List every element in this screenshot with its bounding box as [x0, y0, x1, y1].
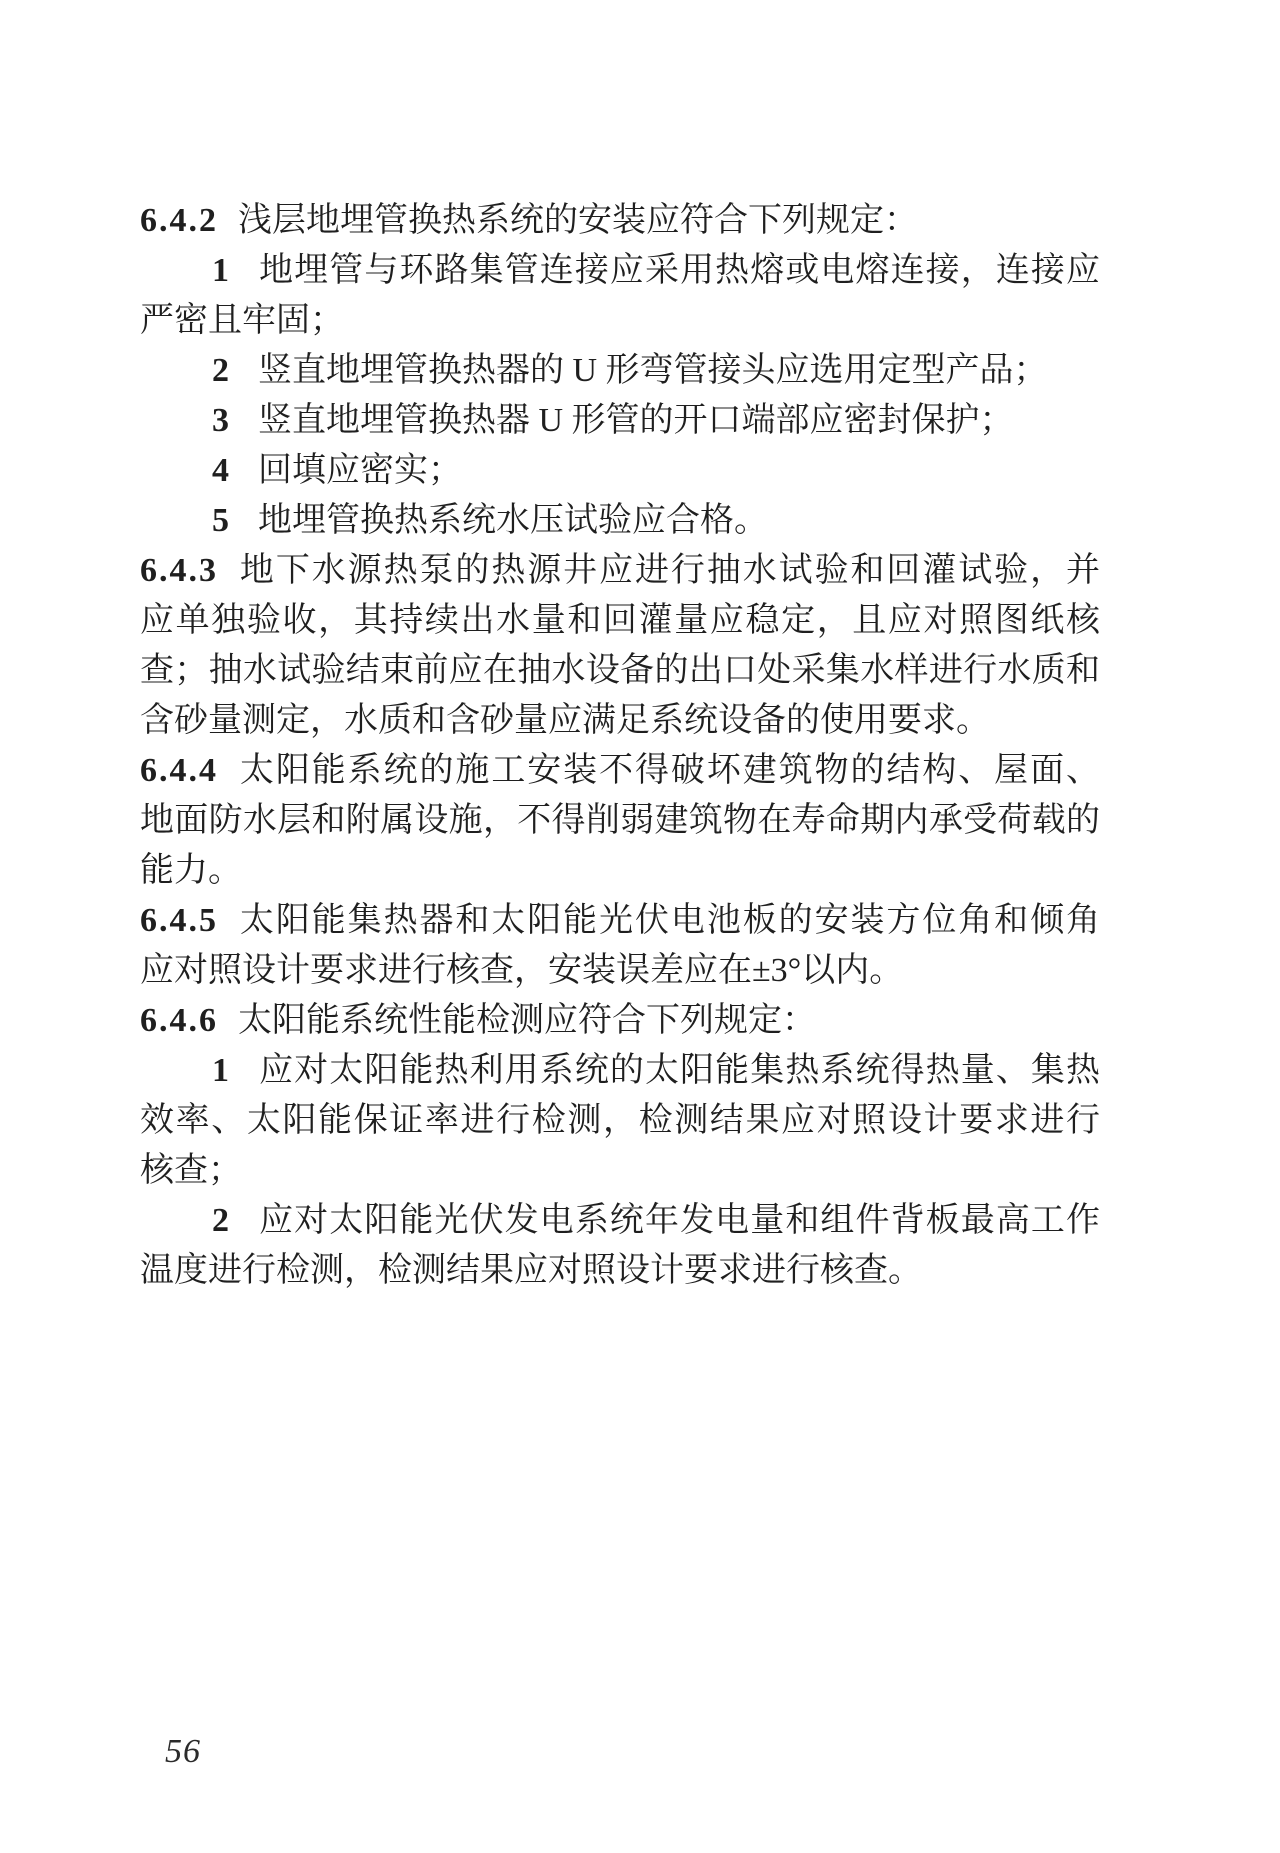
clause-number: 1: [212, 1052, 231, 1089]
line-text: 应对太阳能光伏发电系统年发电量和组件背板最高工作: [258, 1202, 1100, 1239]
line-text: 核查；: [140, 1152, 242, 1189]
line-text: 含砂量测定，水质和含砂量应满足系统设备的使用要求。: [140, 702, 990, 739]
line-text: 严密且牢固；: [140, 302, 344, 339]
document-line: 能力。: [140, 846, 1100, 896]
line-text: 太阳能系统性能检测应符合下列规定：: [238, 1002, 816, 1039]
clause-number: 2: [212, 1202, 231, 1239]
line-text: 地面防水层和附属设施，不得削弱建筑物在寿命期内承受荷载的: [140, 802, 1100, 839]
clause-number: 3: [212, 402, 231, 439]
document-line: 应对照设计要求进行核查，安装误差应在±3°以内。: [140, 946, 1100, 996]
line-text: 地埋管换热系统水压试验应合格。: [258, 502, 768, 539]
line-text: 地下水源热泵的热源井应进行抽水试验和回灌试验，并: [238, 552, 1100, 589]
document-line: 6.4.4太阳能系统的施工安装不得破坏建筑物的结构、屋面、: [140, 746, 1100, 796]
document-line: 6.4.2浅层地埋管换热系统的安装应符合下列规定：: [140, 196, 1100, 246]
document-line: 应单独验收，其持续出水量和回灌量应稳定，且应对照图纸核: [140, 596, 1100, 646]
clause-number: 5: [212, 502, 231, 539]
line-text: 竖直地埋管换热器的 U 形弯管接头应选用定型产品；: [258, 352, 1048, 389]
line-text: 浅层地埋管换热系统的安装应符合下列规定：: [238, 202, 918, 239]
clause-number: 6.4.5: [140, 902, 218, 939]
clause-number: 6.4.2: [140, 202, 218, 239]
document-body: 6.4.2浅层地埋管换热系统的安装应符合下列规定： 1地埋管与环路集管连接应采用…: [140, 196, 1100, 1296]
line-text: 应单独验收，其持续出水量和回灌量应稳定，且应对照图纸核: [140, 602, 1100, 639]
line-text: 查；抽水试验结束前应在抽水设备的出口处采集水样进行水质和: [140, 652, 1100, 689]
document-line: 5地埋管换热系统水压试验应合格。: [140, 496, 1100, 546]
document-line: 6.4.6太阳能系统性能检测应符合下列规定：: [140, 996, 1100, 1046]
document-line: 核查；: [140, 1146, 1100, 1196]
document-line: 查；抽水试验结束前应在抽水设备的出口处采集水样进行水质和: [140, 646, 1100, 696]
document-line: 地面防水层和附属设施，不得削弱建筑物在寿命期内承受荷载的: [140, 796, 1100, 846]
document-line: 含砂量测定，水质和含砂量应满足系统设备的使用要求。: [140, 696, 1100, 746]
document-line: 6.4.3地下水源热泵的热源井应进行抽水试验和回灌试验，并: [140, 546, 1100, 596]
clause-number: 6.4.6: [140, 1002, 218, 1039]
document-line: 1应对太阳能热利用系统的太阳能集热系统得热量、集热: [140, 1046, 1100, 1096]
line-text: 应对照设计要求进行核查，安装误差应在±3°以内。: [140, 952, 903, 989]
line-text: 效率、太阳能保证率进行检测，检测结果应对照设计要求进行: [140, 1102, 1100, 1139]
line-text: 应对太阳能热利用系统的太阳能集热系统得热量、集热: [258, 1052, 1100, 1089]
line-text: 太阳能系统的施工安装不得破坏建筑物的结构、屋面、: [238, 752, 1100, 789]
document-line: 严密且牢固；: [140, 296, 1100, 346]
document-line: 3竖直地埋管换热器 U 形管的开口端部应密封保护；: [140, 396, 1100, 446]
line-text: 温度进行检测，检测结果应对照设计要求进行核查。: [140, 1252, 922, 1289]
line-text: 能力。: [140, 852, 242, 889]
clause-number: 4: [212, 452, 231, 489]
document-line: 温度进行检测，检测结果应对照设计要求进行核查。: [140, 1246, 1100, 1296]
document-line: 4回填应密实；: [140, 446, 1100, 496]
document-line: 2竖直地埋管换热器的 U 形弯管接头应选用定型产品；: [140, 346, 1100, 396]
line-text: 回填应密实；: [258, 452, 462, 489]
document-page: 6.4.2浅层地埋管换热系统的安装应符合下列规定： 1地埋管与环路集管连接应采用…: [0, 0, 1280, 1853]
line-text: 太阳能集热器和太阳能光伏电池板的安装方位角和倾角: [238, 902, 1100, 939]
clause-number: 6.4.3: [140, 552, 218, 589]
document-line: 1地埋管与环路集管连接应采用热熔或电熔连接，连接应: [140, 246, 1100, 296]
document-line: 2应对太阳能光伏发电系统年发电量和组件背板最高工作: [140, 1196, 1100, 1246]
clause-number: 6.4.4: [140, 752, 218, 789]
line-text: 地埋管与环路集管连接应采用热熔或电熔连接，连接应: [258, 252, 1100, 289]
page-number: 56: [165, 1732, 201, 1772]
clause-number: 2: [212, 352, 231, 389]
line-text: 竖直地埋管换热器 U 形管的开口端部应密封保护；: [258, 402, 1014, 439]
document-line: 效率、太阳能保证率进行检测，检测结果应对照设计要求进行: [140, 1096, 1100, 1146]
document-line: 6.4.5太阳能集热器和太阳能光伏电池板的安装方位角和倾角: [140, 896, 1100, 946]
clause-number: 1: [212, 252, 231, 289]
